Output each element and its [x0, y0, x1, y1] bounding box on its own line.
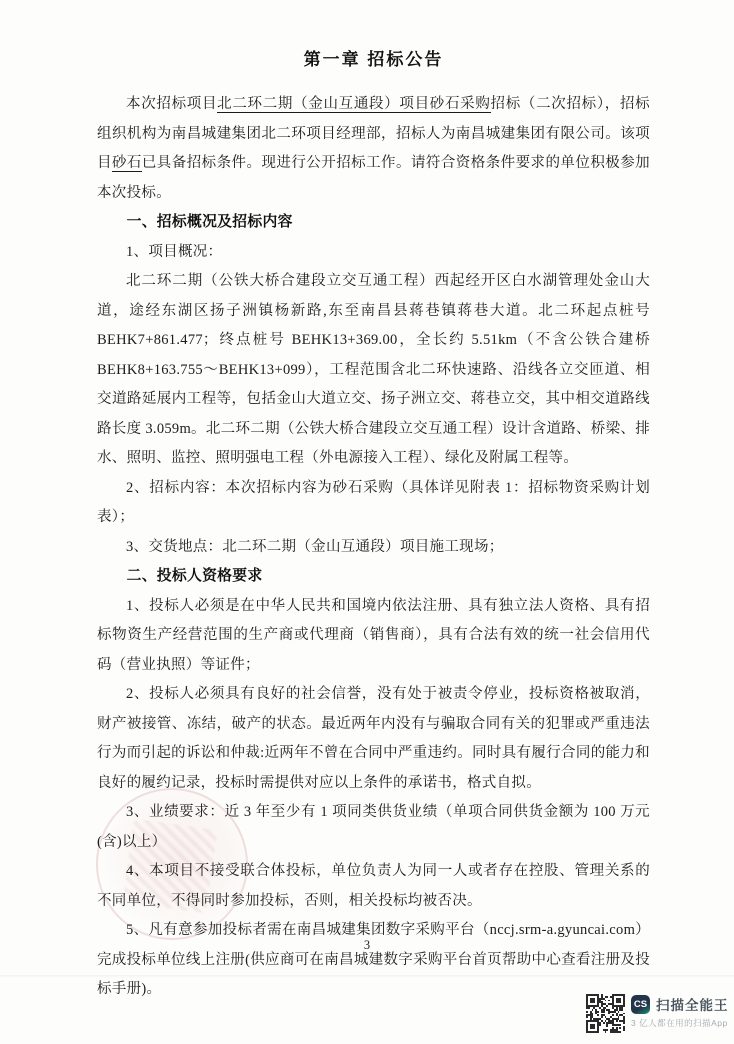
delivery-location-item: 3、交货地点：北二环二期（金山互通段）项目施工现场； — [97, 533, 650, 563]
scanned-document-page: 第一章 招标公告 本次招标项目北二环二期（金山互通段）项目砂石采购招标（二次招标… — [0, 0, 734, 1044]
intro-paragraph: 本次招标项目北二环二期（金山互通段）项目砂石采购招标（二次招标），招标组织机构为… — [97, 90, 650, 208]
qualification-item-5: 5、凡有意参加投标者需在南昌城建集团数字采购平台（nccj.srm-a.gyun… — [97, 916, 650, 1005]
qr-code-icon — [586, 994, 625, 1033]
section1-heading: 一、招标概况及招标内容 — [97, 208, 650, 238]
bid-content-item: 2、招标内容：本次招标内容为砂石采购（具体详见附表 1：招标物资采购计划表）； — [97, 474, 650, 533]
document-content: 第一章 招标公告 本次招标项目北二环二期（金山互通段）项目砂石采购招标（二次招标… — [97, 46, 650, 1005]
camscanner-logo-icon: CS — [631, 995, 650, 1014]
section2-heading: 二、投标人资格要求 — [97, 562, 650, 592]
watermark-brand: 扫描全能王 — [656, 994, 729, 1014]
chapter-title: 第一章 招标公告 — [97, 46, 650, 74]
qualification-item-3: 3、业绩要求：近 3 年至少有 1 项同类供货业绩（单项合同供货金额为 100 … — [97, 798, 650, 857]
page-number: 3 — [0, 938, 734, 953]
camscanner-watermark: CS 扫描全能王 3 亿人都在用的扫描App — [586, 994, 729, 1036]
qualification-item-4: 4、本项目不接受联合体投标，单位负责人为同一人或者存在控股、管理关系的不同单位，… — [97, 857, 650, 916]
project-overview-label: 1、项目概况： — [97, 238, 650, 268]
scan-shadow-line — [0, 975, 734, 978]
watermark-tagline: 3 亿人都在用的扫描App — [631, 1017, 729, 1029]
qualification-item-2: 2、投标人必须具有良好的社会信誉，没有处于被责令停业，投标资格被取消，财产被接管… — [97, 680, 650, 798]
qualification-item-1: 1、投标人必须是在中华人民共和国境内依法注册、具有独立法人资格、具有招标物资生产… — [97, 592, 650, 681]
project-overview-paragraph: 北二环二期（公铁大桥合建段立交互通工程）西起经开区白水湖管理处金山大道，途经东湖… — [97, 267, 650, 474]
